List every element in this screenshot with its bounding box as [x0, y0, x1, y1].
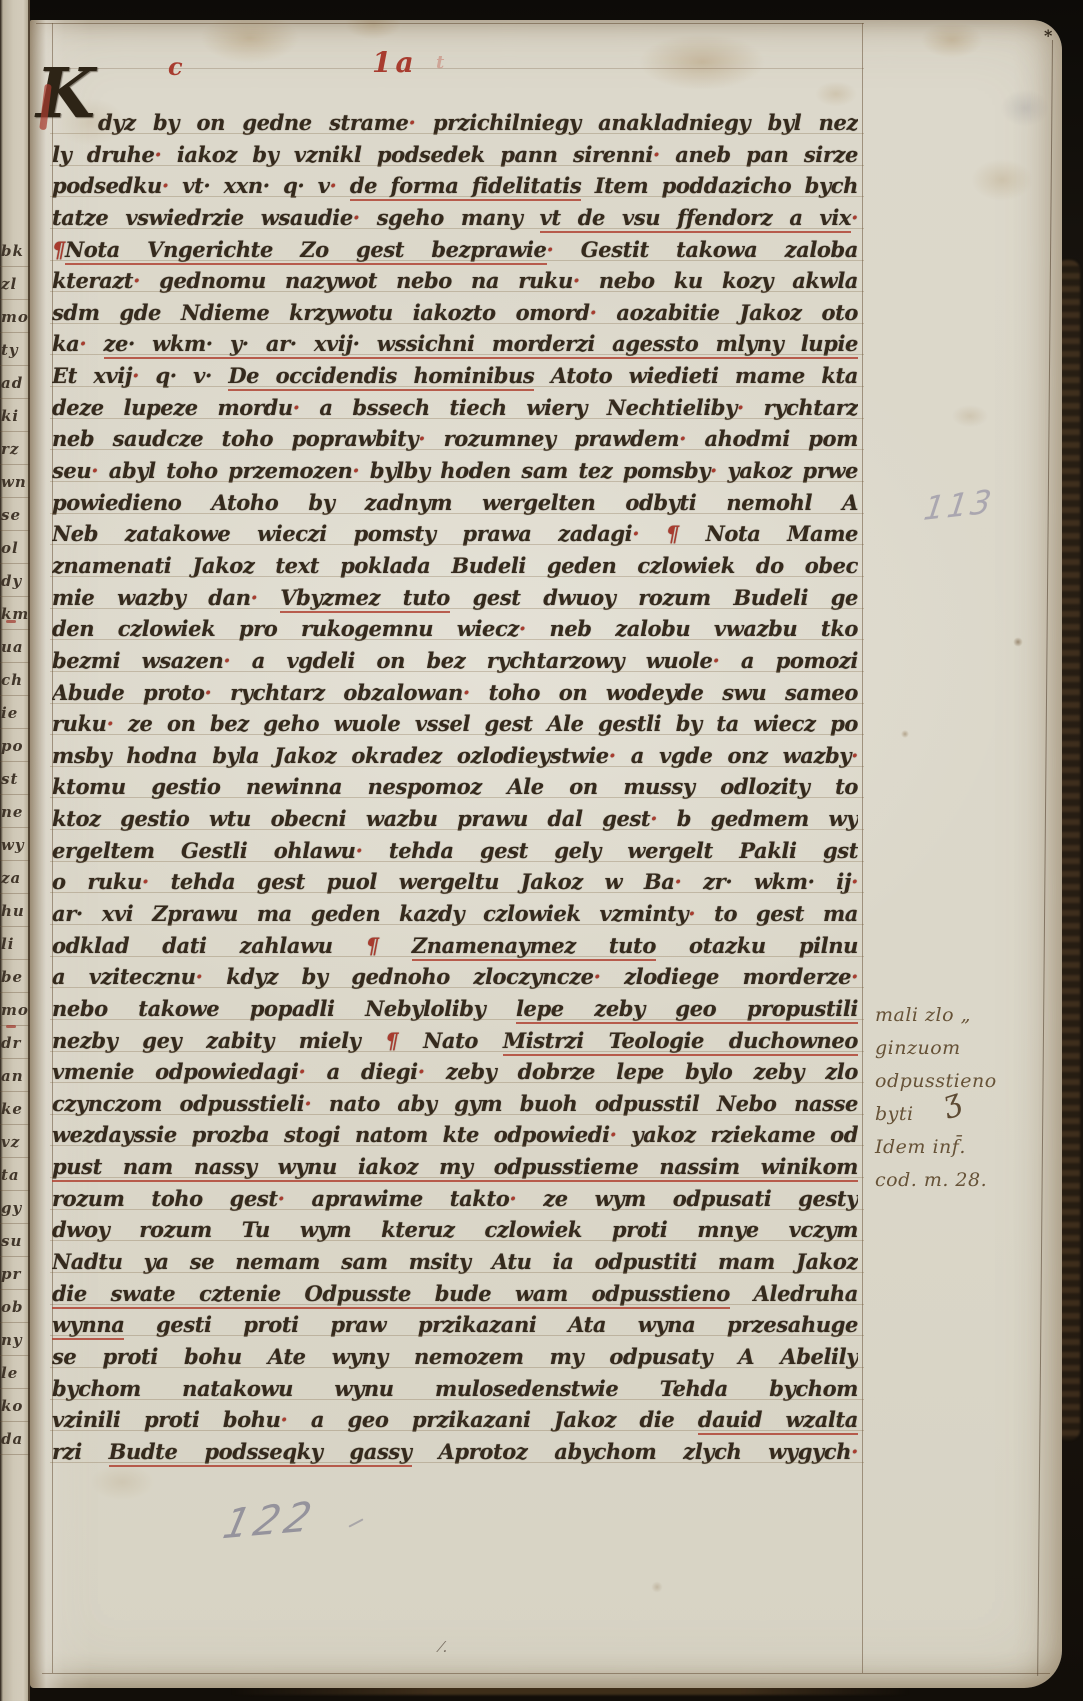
ink-text: yakoz rziekame od	[631, 1122, 858, 1147]
rubric-mark: ·	[142, 869, 171, 894]
rubric-mark: ·	[133, 268, 159, 293]
edge-glyph-fragment: an	[1, 1067, 29, 1085]
corner-star-mark: *	[1044, 26, 1052, 45]
ink-text: ze on bez geho wuole vssel gest Ale gest…	[128, 711, 858, 736]
rubric-mark: ·	[594, 964, 625, 989]
edge-ruling-line	[0, 1454, 30, 1455]
ink-text: gesti proti praw przikazani Ata wyna prz…	[124, 1312, 858, 1337]
ink-text: powiedieno Atoho by zadnym wergelten odb…	[52, 490, 858, 515]
edge-glyph-fragment: ad	[1, 374, 29, 392]
rubric-mark: ·	[107, 711, 128, 736]
rubric-mark: ·	[353, 205, 377, 230]
text-line: kterazt· gednomu nazywot nebo na ruku· n…	[52, 266, 858, 298]
ruling-line	[50, 196, 864, 197]
edge-glyph-fragment: ne	[1, 803, 29, 821]
edge-glyph-fragment: bk	[1, 242, 29, 260]
edge-ruling-line	[0, 1190, 30, 1191]
edge-ruling-line	[0, 299, 30, 300]
ink-text: odklad dati zahlawu	[52, 933, 366, 958]
ink-text: a geo przikazani Jakoz die	[311, 1407, 698, 1432]
text-line: ka· ze· wkm· y· ar· xvij· wssichni morde…	[52, 329, 858, 361]
ruling-line	[50, 481, 864, 482]
edge-ruling-line	[0, 332, 30, 333]
ruling-line	[50, 1399, 864, 1400]
rubric-mark: ·	[278, 1186, 312, 1211]
edge-ruling-line	[0, 266, 30, 267]
rubric-mark: ·	[91, 458, 109, 483]
rubric-mark: ·	[590, 300, 617, 325]
ruling-line	[50, 797, 864, 798]
ink-text: bezmi wsazen	[52, 648, 223, 673]
ink-text: Abude proto	[52, 680, 205, 705]
ink-text: Aprotoz abychom zlych wygych	[412, 1439, 851, 1464]
ink-text: przichilniegy anakladniegy byl nez	[433, 110, 858, 135]
text-block: dyz by on gedne strame· przichilniegy an…	[52, 108, 864, 1508]
edge-glyph-fragment: mo	[1, 308, 29, 326]
edge-ruling-line	[0, 629, 30, 630]
rubric-mark: ¶	[52, 237, 65, 262]
rubric-mark: ·	[688, 901, 714, 926]
text-line: den czlowiek pro rukogemnu wiecz· neb za…	[52, 614, 858, 646]
ruling-line	[50, 1240, 864, 1241]
text-line: ruku· ze on bez geho wuole vssel gest Al…	[52, 709, 858, 741]
ink-text: dyz by on gedne strame	[98, 110, 409, 135]
text-line: msby hodna byla Jakoz okradez ozlodieyst…	[52, 741, 858, 773]
edge-ruling-line	[0, 662, 30, 663]
rubric-mark: ·	[851, 205, 858, 230]
edge-ruling-line	[0, 992, 30, 993]
text-line: ¶Nota Vngerichte Zo gest bezprawie· Gest…	[52, 235, 858, 267]
rubric-mark: ·	[352, 458, 370, 483]
text-line: nebo takowe popadli Nebyloliby lepe zeby…	[52, 994, 858, 1026]
ruling-line	[50, 354, 864, 355]
rubric-mark: ·	[330, 173, 350, 198]
rubric-mark: ·	[463, 680, 489, 705]
edge-glyph-fragment: ko	[1, 1397, 29, 1415]
ink-text: nebo ku kozy akwla	[599, 268, 858, 293]
ink-text: sgeho many	[377, 205, 540, 230]
rubric-mark: ·	[293, 395, 320, 420]
ruling-line	[50, 291, 864, 292]
ruling-bottom-line	[42, 1673, 1050, 1674]
ink-text: wezdayssie prozba stogi natom kte odpowi…	[52, 1122, 610, 1147]
rubric-mark: ·	[851, 743, 858, 768]
edge-ruling-line	[0, 1355, 30, 1356]
margin-note-line: ginzuom	[875, 1037, 961, 1059]
edge-ruling-line	[0, 530, 30, 531]
edge-ruling-line	[0, 893, 30, 894]
ruling-line	[50, 608, 864, 609]
edge-ruling-line	[0, 1421, 30, 1422]
ruling-line	[50, 956, 864, 957]
text-line: ktoz gestio wtu obecni wazbu prawu dal g…	[52, 804, 858, 836]
ruling-line	[50, 829, 864, 830]
text-line: mie wazby dan· Vbyzmez tuto gest dwuoy r…	[52, 583, 858, 615]
rubric-mark: ·	[632, 521, 666, 546]
facing-page-edge: bkzlmotyadkirzwnseoldykmuachiepostnewyza…	[0, 0, 30, 1701]
ink-text: rozumney prawdem	[444, 426, 679, 451]
edge-glyph-fragment: po	[1, 737, 29, 755]
ink-text: ze wym odpusati gesty	[543, 1186, 858, 1211]
manuscript-photo: { "manuscript": { "header": { "quire_mar…	[0, 0, 1083, 1701]
text-line: sdm gde Ndieme krzywotu iakozto omord· a…	[52, 298, 858, 330]
edge-glyph-fragment: ty	[1, 341, 29, 359]
text-line: Neb zatakowe wieczi pomsty prawa zadagi·…	[52, 519, 858, 551]
ink-text: podsedku	[52, 173, 162, 198]
rubric-mark: ·	[132, 363, 155, 388]
edge-ruling-line	[0, 959, 30, 960]
edge-glyph-fragment: li	[1, 935, 29, 953]
ink-text: yakoz prwe	[728, 458, 858, 483]
edge-ruling-line	[0, 1289, 30, 1290]
ruling-line	[50, 1177, 864, 1178]
text-line: znamenati Jakoz text poklada Budeli gede…	[52, 551, 858, 583]
text-line: bychom natakowu wynu mulosedenstwie Tehd…	[52, 1374, 858, 1406]
rubric-mark: ·	[418, 426, 443, 451]
edge-glyph-fragment: za	[1, 869, 29, 887]
rubric-mark: ·	[304, 1091, 328, 1116]
edge-ruling-line	[0, 860, 30, 861]
ink-text: ar· xvi Zprawu ma geden kazdy czlowiek v…	[52, 901, 688, 926]
text-line: a vzitecznu· kdyz by gednoho zloczyncze·…	[52, 962, 858, 994]
ink-text: nato aby gym buoh odpusstil Nebo nasse	[329, 1091, 858, 1116]
rubric-mark: ¶	[366, 933, 412, 958]
ink-text: kdyz by gednoho zloczyncze	[226, 964, 593, 989]
ink-text: Et xvij	[52, 363, 132, 388]
rubric-mark: ·	[547, 237, 581, 262]
rubric-mark: ·	[418, 1059, 446, 1084]
ruling-line	[50, 576, 864, 577]
ruling-line	[50, 766, 864, 767]
edge-glyph-fragment: be	[1, 968, 29, 986]
ruling-line	[50, 1462, 864, 1463]
ruling-line	[50, 1114, 864, 1115]
edge-ruling-line	[0, 1322, 30, 1323]
ruling-top-line	[36, 23, 864, 24]
text-line: se proti bohu Ate wyny nemozem my odpusa…	[52, 1342, 858, 1374]
rubric-mark: ·	[299, 1059, 327, 1084]
text-line: die swate cztenie Odpusste bude wam odpu…	[52, 1279, 858, 1311]
ink-text: den czlowiek pro rukogemnu wiecz	[52, 616, 519, 641]
ink-text: mie wazby dan	[52, 585, 251, 610]
edge-glyph-fragment: vz	[1, 1133, 29, 1151]
margin-note-line: odpusstieno	[875, 1070, 997, 1092]
edge-ruling-line	[0, 794, 30, 795]
text-line: nezby gey zabity miely ¶ Nato Mistrzi Te…	[52, 1026, 858, 1058]
rubric-mark: ·	[674, 869, 703, 894]
ruling-line	[50, 1209, 864, 1210]
text-line: czynczom odpusstieli· nato aby gym buoh …	[52, 1089, 858, 1121]
edge-ruling-line	[0, 365, 30, 366]
ink-text: vzinili proti bohu	[52, 1407, 281, 1432]
edge-glyph-fragment: ch	[1, 671, 29, 689]
rubric-mark: ·	[851, 964, 858, 989]
rubric-mark: ¶	[385, 1028, 423, 1053]
text-line: ar· xvi Zprawu ma geden kazdy czlowiek v…	[52, 899, 858, 931]
edge-glyph-fragment: gy	[1, 1199, 29, 1217]
text-line: deze lupeze mordu· a bssech tiech wiery …	[52, 393, 858, 425]
ruling-line	[50, 987, 864, 988]
edge-ruling-line	[0, 596, 30, 597]
ink-text: tehda gest gely wergelt Pakli gst	[389, 838, 858, 863]
ink-text: ergeltem Gestli ohlawu	[52, 838, 356, 863]
ink-text: a bssech tiech wiery Nechtieliby	[319, 395, 737, 420]
rubric-mark: ·	[851, 869, 858, 894]
rubric-mark: ·	[609, 743, 631, 768]
text-line: odklad dati zahlawu ¶ Znamenaymez tuto o…	[52, 931, 858, 963]
edge-ruling-line	[0, 761, 30, 762]
ink-text: tatze vswiedrzie wsaudie	[52, 205, 353, 230]
ruling-line	[50, 1082, 864, 1083]
edge-ruling-line	[0, 1157, 30, 1158]
edge-glyph-fragment: dy	[1, 572, 29, 590]
quire-mark: c	[168, 52, 183, 81]
text-line: ergeltem Gestli ohlawu· tehda gest gely …	[52, 836, 858, 868]
ink-text: to gest ma	[714, 901, 858, 926]
ink-text: czynczom odpusstieli	[52, 1091, 304, 1116]
text-line: powiedieno Atoho by zadnym wergelten odb…	[52, 488, 858, 520]
ink-text: a vgde onz wazby	[631, 743, 851, 768]
rubric-mark: ·	[519, 616, 550, 641]
margin-note-line: cod. m. 28.	[875, 1169, 987, 1191]
ruling-line	[50, 228, 864, 229]
edge-red-mark	[6, 1025, 16, 1028]
text-line: vzinili proti bohu· a geo przikazani Jak…	[52, 1405, 858, 1437]
edge-ruling-line	[0, 1058, 30, 1059]
edge-ruling-line	[0, 464, 30, 465]
edge-ruling-line	[0, 827, 30, 828]
pencil-folio-number: 113	[921, 482, 996, 528]
ruling-line	[50, 861, 864, 862]
ruling-line	[50, 734, 864, 735]
rubric-mark: ·	[610, 1122, 632, 1147]
ruling-line	[50, 1367, 864, 1368]
text-line: ly druhe· iakoz by vznikl podsedek pann …	[52, 140, 858, 172]
rubric-mark: ·	[509, 1186, 543, 1211]
ink-text: iakoz by vznikl podsedek pann sirenni	[177, 142, 653, 167]
pencil-page-number: 122	[219, 1493, 321, 1548]
text-line: tatze vswiedrzie wsaudie· sgeho many vt …	[52, 203, 858, 235]
ink-text: rychtarz	[764, 395, 858, 420]
edge-ruling-line	[0, 1256, 30, 1257]
ruling-line	[50, 892, 864, 893]
ink-text: Aledruha	[730, 1281, 858, 1306]
edge-glyph-fragment: su	[1, 1232, 29, 1250]
ruling-line	[50, 1304, 864, 1305]
ink-text: dwoy rozum Tu wym kteruz czlowiek proti …	[52, 1217, 858, 1242]
rubric-mark: ·	[409, 110, 433, 135]
edge-glyph-fragment: ki	[1, 407, 29, 425]
ink-text: abyl toho przemozen	[109, 458, 353, 483]
rubric-mark: ·	[710, 458, 728, 483]
ink-text: Gestit takowa zaloba	[581, 237, 858, 262]
rubric-mark: ·	[162, 173, 182, 198]
rubric-mark: ·	[679, 426, 704, 451]
ink-text: deze lupeze mordu	[52, 395, 293, 420]
rubric-mark: ·	[154, 142, 176, 167]
edge-ruling-line	[0, 728, 30, 729]
edge-ruling-line	[0, 926, 30, 927]
ink-text: gednomu nazywot nebo na ruku	[159, 268, 573, 293]
ruling-line	[50, 544, 864, 545]
ink-text: Item poddazicho bych	[581, 173, 858, 198]
ink-text: nezby gey zabity miely	[52, 1028, 385, 1053]
edge-ruling-line	[0, 1091, 30, 1092]
margin-note-line: mali zlo „	[875, 1004, 971, 1026]
ink-text: tehda gest puol wergeltu Jakoz w Ba	[171, 869, 675, 894]
ink-text: vmenie odpowiedagi	[52, 1059, 299, 1084]
edge-ruling-line	[0, 497, 30, 498]
text-line: wynna gesti proti praw przikazani Ata wy…	[52, 1310, 858, 1342]
edge-red-mark	[6, 620, 16, 623]
ruling-line	[50, 260, 864, 261]
ink-text: bychom natakowu wynu mulosedenstwie Tehd…	[52, 1376, 858, 1401]
edge-glyph-fragment: se	[1, 506, 29, 524]
ink-text: rzi	[52, 1439, 109, 1464]
ruling-fore-edge-line	[1037, 40, 1053, 1676]
ruling-line	[50, 1272, 864, 1273]
ink-text: neb saudcze toho poprawbity	[52, 426, 418, 451]
bottom-center-mark: ⁄.	[440, 1638, 447, 1656]
edge-glyph-fragment: le	[1, 1364, 29, 1382]
ruling-line	[50, 703, 864, 704]
ink-text: aprawime takto	[311, 1186, 509, 1211]
rubric-mark: ·	[653, 142, 675, 167]
edge-glyph-fragment: st	[1, 770, 29, 788]
edge-ruling-line	[0, 431, 30, 432]
text-line: o ruku· tehda gest puol wergeltu Jakoz w…	[52, 867, 858, 899]
ink-text: vt· xxn· q· v	[182, 173, 329, 198]
ink-text: znamenati Jakoz text poklada Budeli gede…	[52, 553, 858, 578]
ink-text: b gedmem wy	[677, 806, 858, 831]
ink-text: ktomu gestio newinna nespomoz Ale on mus…	[52, 774, 858, 799]
folio-mark: 1a	[372, 46, 418, 79]
ink-text: rozum toho gest	[52, 1186, 278, 1211]
edge-glyph-fragment: dr	[1, 1034, 29, 1052]
ink-text: ktoz gestio wtu obecni wazbu prawu dal g…	[52, 806, 650, 831]
ink-text: seu	[52, 458, 91, 483]
ruling-line	[50, 513, 864, 514]
ink-text: Atoto wiedieti mame kta	[534, 363, 858, 388]
rubric-mark: ·	[281, 1407, 311, 1432]
edge-glyph-fragment: ta	[1, 1166, 29, 1184]
rubric-mark: ·	[851, 1439, 858, 1464]
edge-glyph-fragment: ke	[1, 1100, 29, 1118]
text-line: podsedku· vt· xxn· q· v· de forma fideli…	[52, 171, 858, 203]
ink-text: Nato	[423, 1028, 503, 1053]
ruling-line	[50, 639, 864, 640]
text-line: rozum toho gest· aprawime takto· ze wym …	[52, 1184, 858, 1216]
text-line: pust nam nassy wynu iakoz my odpusstieme…	[52, 1152, 858, 1184]
text-line: seu· abyl toho przemozen· bylby hoden sa…	[52, 456, 858, 488]
ink-text: ly druhe	[52, 142, 154, 167]
margin-note-line: byti	[875, 1103, 914, 1125]
text-line: dwoy rozum Tu wym kteruz czlowiek proti …	[52, 1215, 858, 1247]
edge-glyph-fragment: wn	[1, 473, 29, 491]
ruling-line	[50, 1430, 864, 1431]
ink-text: zr· wkm· ij	[703, 869, 851, 894]
ink-text: Nota Mame	[706, 521, 858, 546]
text-line: wezdayssie prozba stogi natom kte odpowi…	[52, 1120, 858, 1152]
edge-ruling-line	[0, 563, 30, 564]
edge-ruling-line	[0, 1223, 30, 1224]
edge-ruling-line	[0, 1388, 30, 1389]
ink-text: a pomozi	[741, 648, 858, 673]
ink-text: zeby dobrze lepe bylo zeby zlo	[446, 1059, 858, 1084]
rubric-mark: ·	[251, 585, 281, 610]
text-line: vmenie odpowiedagi· a diegi· zeby dobrze…	[52, 1057, 858, 1089]
ink-text: ka	[52, 331, 79, 356]
edge-ruling-line	[0, 398, 30, 399]
rubric-mark: ·	[573, 268, 599, 293]
ink-text: kterazt	[52, 268, 133, 293]
ruling-line	[50, 1019, 864, 1020]
rubric-mark: ·	[196, 964, 227, 989]
ruling-line	[50, 449, 864, 450]
ink-text: rychtarz obzalowan	[230, 680, 463, 705]
edge-glyph-fragment: ob	[1, 1298, 29, 1316]
faint-red-mark: t	[436, 52, 444, 73]
edge-glyph-fragment: rz	[1, 440, 29, 458]
edge-glyph-fragment: da	[1, 1430, 29, 1448]
ink-text: Nadtu ya se nemam sam msity Atu ia odpus…	[52, 1249, 858, 1274]
rubric-mark: ·	[79, 331, 103, 356]
ruling-line	[50, 1051, 864, 1052]
ink-text: gest dwuoy rozum Budeli ge	[450, 585, 858, 610]
rubric-mark: ·	[356, 838, 389, 863]
ink-text: bylby hoden sam tez pomsby	[370, 458, 710, 483]
ink-text: Neb zatakowe wieczi pomsty prawa zadagi	[52, 521, 632, 546]
rubric-mark: ¶	[666, 521, 706, 546]
rubric-mark: ·	[737, 395, 764, 420]
ruling-line	[50, 165, 864, 166]
edge-glyph-fragment: pr	[1, 1265, 29, 1283]
ink-text: toho on wodeyde swu sameo	[489, 680, 858, 705]
ink-text: msby hodna byla Jakoz okradez ozlodieyst…	[52, 743, 609, 768]
edge-ruling-line	[0, 695, 30, 696]
text-line: bezmi wsazen· a vgdeli on bez rychtarzow…	[52, 646, 858, 678]
text-line: ktomu gestio newinna nespomoz Ale on mus…	[52, 772, 858, 804]
ruling-line	[50, 671, 864, 672]
ink-text: se proti bohu Ate wyny nemozem my odpusa…	[52, 1344, 858, 1369]
rubric-mark: ·	[223, 648, 251, 673]
ink-text: aozabitie Jakoz oto	[616, 300, 858, 325]
edge-glyph-fragment: wy	[1, 836, 29, 854]
edge-glyph-fragment: zl	[1, 275, 29, 293]
ink-text: neb zalobu vwazbu tko	[549, 616, 858, 641]
ink-text: aneb pan sirze	[675, 142, 858, 167]
manuscript-page: * c 1a t K dyz by on gedne strame· przic…	[30, 20, 1062, 1688]
edge-glyph-fragment: ol	[1, 539, 29, 557]
ink-text: otazku pilnu	[656, 933, 858, 958]
rubric-mark: ·	[712, 648, 740, 673]
ink-text: ruku	[52, 711, 107, 736]
text-line: Abude proto· rychtarz obzalowan· toho on…	[52, 678, 858, 710]
margin-note-line: Idem inf̄.	[875, 1136, 966, 1158]
ink-text: a diegi	[327, 1059, 418, 1084]
edge-glyph-fragment: ie	[1, 704, 29, 722]
text-line: Et xvij· q· v· De occidendis hominibus A…	[52, 361, 858, 393]
ruling-line	[50, 1335, 864, 1336]
ink-text: nebo takowe popadli Nebyloliby	[52, 996, 516, 1021]
ink-text: a vgdeli on bez rychtarzowy wuole	[252, 648, 713, 673]
pencil-tick-mark	[348, 1518, 363, 1527]
edge-ruling-line	[0, 1124, 30, 1125]
ink-text: sdm gde Ndieme krzywotu iakozto omord	[52, 300, 590, 325]
ruling-line	[50, 1145, 864, 1146]
text-line: neb saudcze toho poprawbity· rozumney pr…	[52, 424, 858, 456]
ruling-line	[50, 924, 864, 925]
